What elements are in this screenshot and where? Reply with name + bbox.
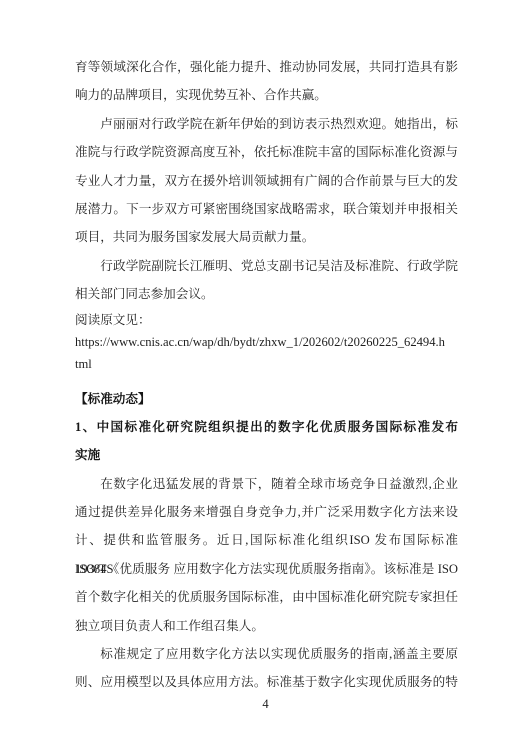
body-text-line: 卢丽丽对行政学院在新年伊始的到访表示热烈欢迎。她指出，标	[75, 110, 458, 138]
article-url-line: tml	[75, 353, 458, 375]
body-text-line: 通过提供差异化服务来增强自身竞争力,并广泛采用数字化方法来设	[75, 498, 458, 526]
article-title-line: 实施	[75, 441, 458, 469]
article-title-line: 1、中国标准化研究院组织提出的数字化优质服务国际标准发布	[75, 413, 458, 441]
document-page: { "document": { "lines": [ "育等领域深化合作，强化能…	[0, 0, 531, 754]
body-text-line: 则、应用模型以及具体应用方法。标准基于数字化实现优质服务的特	[75, 668, 458, 696]
section-heading: 【标准动态】	[75, 385, 458, 413]
body-text-line: 计、提供和监管服务。近日,国际标准化组织ISO 发布国际标准 ISO/TS	[75, 526, 458, 554]
body-text-line: 19384《优质服务 应用数字化方法实现优质服务指南》。该标准是 ISO	[75, 555, 458, 583]
body-text-line: 项目，共同为服务国家发展大局贡献力量。	[75, 223, 458, 251]
body-text-line: 育等领域深化合作，强化能力提升、推动协同发展，共同打造具有影	[75, 53, 458, 81]
article-url-line: https://www.cnis.ac.cn/wap/dh/bydt/zhxw_…	[75, 331, 458, 353]
page-number: 4	[0, 694, 531, 714]
body-text-line: 行政学院副院长江雁明、党总支副书记吴洁及标准院、行政学院	[75, 252, 458, 280]
blank-spacer	[75, 375, 458, 385]
read-original-label: 阅读原文见：	[75, 309, 458, 331]
text-block: 育等领域深化合作，强化能力提升、推动协同发展，共同打造具有影 响力的品牌项目，实…	[75, 53, 458, 697]
body-text-line: 相关部门同志参加会议。	[75, 280, 458, 308]
body-text-line: 响力的品牌项目，实现优势互补、合作共赢。	[75, 81, 458, 109]
body-text-line: 在数字化迅猛发展的背景下，随着全球市场竞争日益激烈,企业	[75, 470, 458, 498]
body-text-line: 首个数字化相关的优质服务国际标准，由中国标准化研究院专家担任	[75, 583, 458, 611]
body-text-line: 独立项目负责人和工作组召集人。	[75, 612, 458, 640]
body-text-line: 标准规定了应用数字化方法以实现优质服务的指南,涵盖主要原	[75, 640, 458, 668]
body-text-line: 准院与行政学院资源高度互补，依托标准院丰富的国际标准化资源与	[75, 138, 458, 166]
body-text-line: 专业人才力量，双方在援外培训领域拥有广阔的合作前景与巨大的发	[75, 167, 458, 195]
body-text-line: 展潜力。下一步双方可紧密围绕国家战略需求，联合策划并申报相关	[75, 195, 458, 223]
